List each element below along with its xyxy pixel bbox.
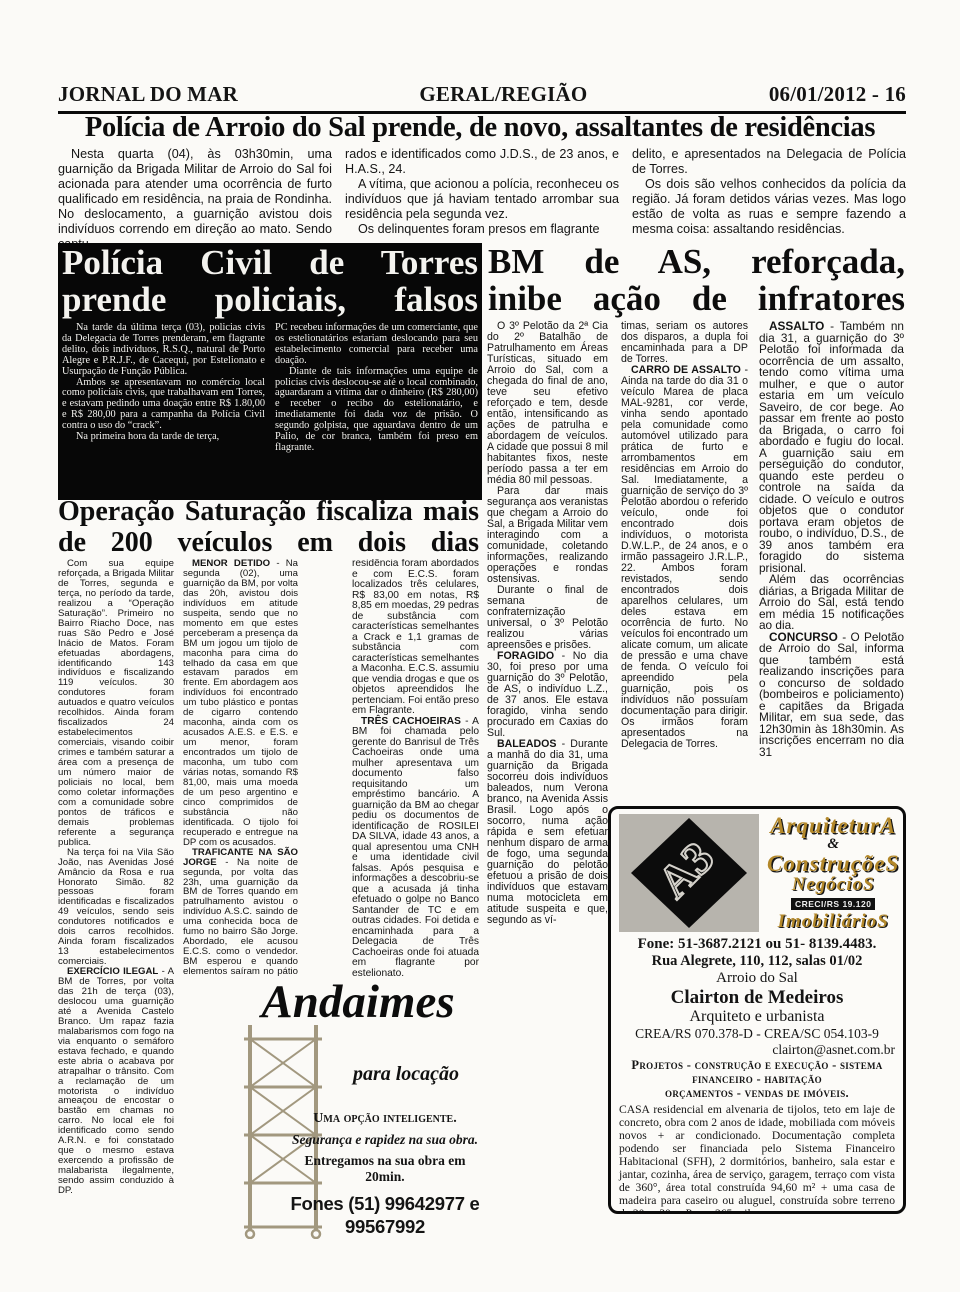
paragraph: Os dois são velhos conhecidos da polícia… [632,177,906,237]
policia-civil-body: Na tarde da última terça (03), policias … [62,323,478,454]
run-in-heading: CONCURSO [769,630,838,644]
andaimes-slogan-3: Entregamos na sua obra em 20min. [290,1153,480,1185]
a3-architect-role: Arquiteto e urbanista [619,1008,895,1026]
paragraph: EXERCÍCIO ILEGAL - A BM de Torres, por v… [58,967,174,1196]
a3-word-negocios: NegócioS [767,875,899,894]
operacao-headline-line1: Operação Saturação fiscaliza mais [58,496,479,527]
a3-creci-badge: CRECI/RS 19.120 [791,898,875,910]
run-in-heading: BALEADOS [497,738,556,750]
a3-architect-name: Clairton de Medeiros [619,987,895,1008]
bm-col-2: timas, seriam os autores dos disparos, a… [621,321,748,811]
lead-article: Nesta quarta (04), às 03h30min, uma guar… [58,147,906,244]
a3-word-imobiliarios: ImobiliárioS [767,912,899,931]
operacao-col-3: residência foram abordados e com E.C.S. … [352,559,479,977]
policia-civil-col-1: Na tarde da última terça (03), policias … [62,323,265,454]
paragraph: Durante o final de semana de confraterni… [487,585,608,651]
a3-word-arquitetura: ArquiteturA [767,814,899,837]
lead-headline: Polícia de Arroio do Sal prende, de novo… [54,112,906,144]
andaimes-phones: Fones (51) 99642977 e 99567992 [290,1192,480,1238]
paragraph: CONCURSO - O Pelotão de Arroio do Sal, i… [759,632,904,759]
policia-civil-article: Polícia Civil de Torres prende policiais… [58,243,482,500]
masthead-section: GERAL/REGIÃO [419,82,587,107]
paragraph: PC recebeu informações de um comerciante… [275,323,478,367]
bm-headline: BM de AS, reforçada, inibe ação de infra… [488,243,905,317]
a3-services-line1: Projetos - construção e execução - siste… [619,1058,895,1072]
andaimes-title: Andaimes [236,975,480,1029]
bm-col-1: O 3º Pelotão da 2ª Cia do 2º Batalhão de… [487,321,608,1037]
paragraph: Nesta quarta (04), às 03h30min, uma guar… [58,147,332,244]
paragraph: MENOR DETIDO - Na segunda (02), uma guar… [183,559,298,848]
a3-city: Arroio do Sal [619,970,895,987]
operacao-col-1: Com sua equipe reforçada, a Brigada Mili… [58,559,174,1249]
paragraph: Além das ocorrências diárias, a Brigada … [759,574,904,632]
a3-phone: Fone: 51-3687.2121 ou 51- 8139.4483. [619,936,895,953]
paragraph: rados e identificados como J.D.S., de 23… [345,147,619,177]
andaimes-para-locacao-box: para locação [332,1055,480,1093]
operacao-headline: Operação Saturação fiscaliza mais de 200… [58,496,479,558]
masthead-date-page: 06/01/2012 - 16 [769,82,906,107]
a3-logo-row: A3 ArquiteturA & ConstruçõeS NegócioS CR… [619,814,895,932]
paragraph: residência foram abordados e com E.C.S. … [352,559,479,717]
operacao-headline-line2: de 200 veículos em dois dias [58,527,479,558]
a3-email: clairton@asnet.com.br [619,1042,895,1058]
andaimes-text: Uma opção inteligente. Segurança e rapid… [290,1111,480,1238]
paragraph: CARRO DE ASSALTO - Ainda na tarde do dia… [621,365,748,750]
run-in-heading: TRAFICANTE NA SÃO JORGE [183,847,298,868]
a3-crea-numbers: CREA/RS 070.378-D - CREA/SC 054.103-9 [619,1026,895,1042]
paragraph: Diante de tais informações uma equipe de… [275,367,478,454]
andaimes-ad: Andaimes para locação Uma opção intelige… [236,979,480,1242]
paragraph: O 3º Pelotão da 2ª Cia do 2º Batalhão de… [487,321,608,486]
paragraph: Na tarde da última terça (03), policias … [62,323,265,378]
a3-logo-icon: A3 [619,814,759,932]
paragraph: A vítima, que acionou a polícia, reconhe… [345,177,619,222]
run-in-heading: EXERCÍCIO ILEGAL [67,966,158,977]
a3-services-line2: financeiro - habitação [619,1072,895,1086]
masthead: JORNAL DO MAR GERAL/REGIÃO 06/01/2012 - … [58,82,906,114]
paragraph: Para dar mais segurança aos veranistas q… [487,486,608,585]
run-in-heading: ASSALTO [769,321,824,333]
lead-col-1: Nesta quarta (04), às 03h30min, uma guar… [58,147,332,244]
andaimes-slogan-2: Segurança e rapidez na sua obra. [290,1132,480,1148]
paragraph: TRÊS CACHOEIRAS - A BM foi chamada pelo … [352,717,479,978]
bm-headline-line2: inibe ação de infratores [488,280,905,317]
run-in-heading: FORAGIDO [497,650,554,662]
bm-headline-line1: BM de AS, reforçada, [488,243,905,280]
policia-civil-headline: Polícia Civil de Torres prende policiais… [62,244,478,318]
policia-civil-col-2: PC recebeu informações de um comerciante… [275,323,478,454]
paragraph: Ambos se apresentavam no comércio local … [62,378,265,433]
run-in-heading: MENOR DETIDO [192,559,270,569]
paragraph: TRAFICANTE NA SÃO JORGE - Na noite de se… [183,848,298,977]
policia-civil-headline-line1: Polícia Civil de Torres [62,244,478,281]
a3-word-construcoes: ConstruçõeS [767,852,899,875]
paragraph: timas, seriam os autores dos disparos, a… [621,321,748,365]
a3-house-listing: CASA residencial em alvenaria de tijolos… [619,1103,895,1214]
a3-services-line3: orçamentos - vendas de imóveis. [619,1086,895,1100]
a3-ampersand: & [767,837,899,852]
operacao-col-2: MENOR DETIDO - Na segunda (02), uma guar… [183,559,298,977]
paragraph: BALEADOS - Durante a manhã do dia 31, um… [487,739,608,926]
run-in-heading: TRÊS CACHOEIRAS [361,716,461,727]
paragraph: Com sua equipe reforçada, a Brigada Mili… [58,559,174,848]
bm-col-3: ASSALTO - Também nn dia 31, a guarnição … [759,321,904,804]
paragraph: delito, e apresentados na Delegacia de P… [632,147,906,177]
run-in-heading: CARRO DE ASSALTO [631,364,741,376]
paragraph: FORAGIDO - No dia 30, foi preso por uma … [487,651,608,739]
policia-civil-headline-line2: prende policiais, falsos [62,281,478,318]
paragraph: ASSALTO - Também nn dia 31, a guarnição … [759,321,904,574]
a3-stylized-text: ArquiteturA & ConstruçõeS NegócioS CRECI… [767,814,899,932]
paragraph: Na terça foi na Vila São João, nas Aveni… [58,848,174,967]
a3-ad: A3 ArquiteturA & ConstruçõeS NegócioS CR… [608,806,906,1214]
masthead-title: JORNAL DO MAR [58,82,238,107]
a3-address: Rua Alegrete, 110, 112, salas 01/02 [619,953,895,970]
paragraph: Na primeira hora da tarde de terça, [62,432,265,443]
andaimes-slogan-1: Uma opção inteligente. [290,1111,480,1127]
paragraph: Os delinquentes foram presos em flagrant… [345,222,619,237]
lead-col-3: delito, e apresentados na Delegacia de P… [632,147,906,244]
lead-col-2: rados e identificados como J.D.S., de 23… [345,147,619,244]
newspaper-page: JORNAL DO MAR GERAL/REGIÃO 06/01/2012 - … [0,0,960,1292]
